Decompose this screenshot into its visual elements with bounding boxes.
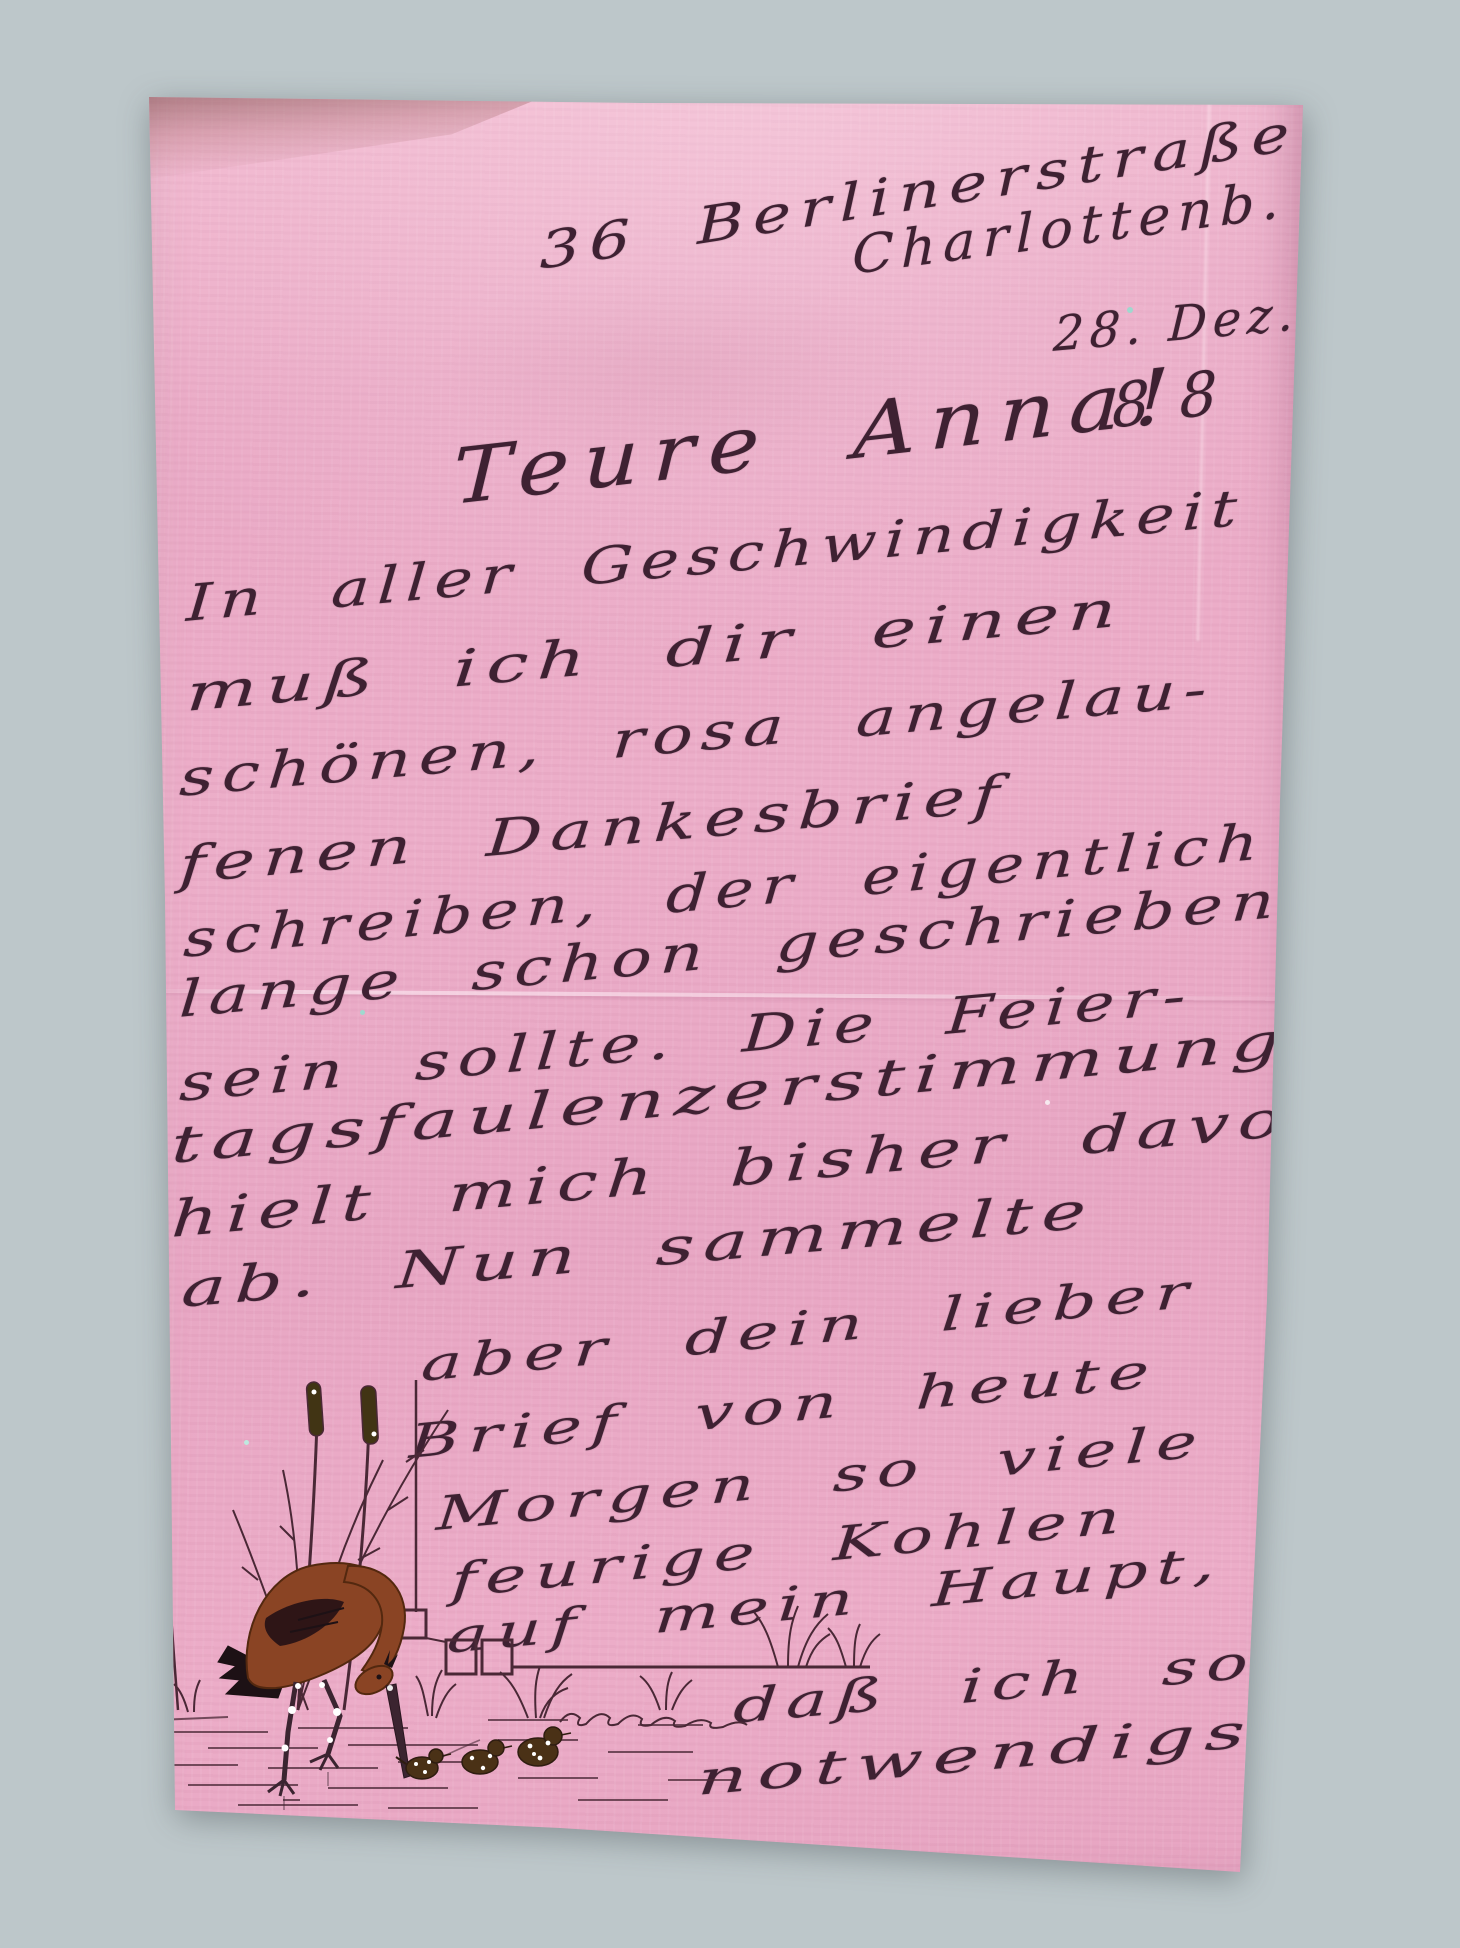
photo-backdrop: 36 Berlinerstraße Charlottenb. 28. Dez. … <box>0 0 1460 1948</box>
paper-corner-fold <box>142 85 572 180</box>
ripple-squiggle <box>410 1714 747 1772</box>
paper-speck <box>1127 307 1133 313</box>
paper-speck <box>360 1010 365 1015</box>
water-lines <box>158 1717 738 1808</box>
paper-speck <box>1045 1100 1050 1105</box>
letter-paper: 36 Berlinerstraße Charlottenb. 28. Dez. … <box>140 55 1315 1920</box>
chicks <box>396 1727 571 1779</box>
letter-paper-wrap: 36 Berlinerstraße Charlottenb. 28. Dez. … <box>140 55 1315 1920</box>
paper-speck <box>244 1440 249 1445</box>
stork-pond-illustration <box>148 1380 888 1820</box>
stork-figure <box>218 1563 410 1810</box>
